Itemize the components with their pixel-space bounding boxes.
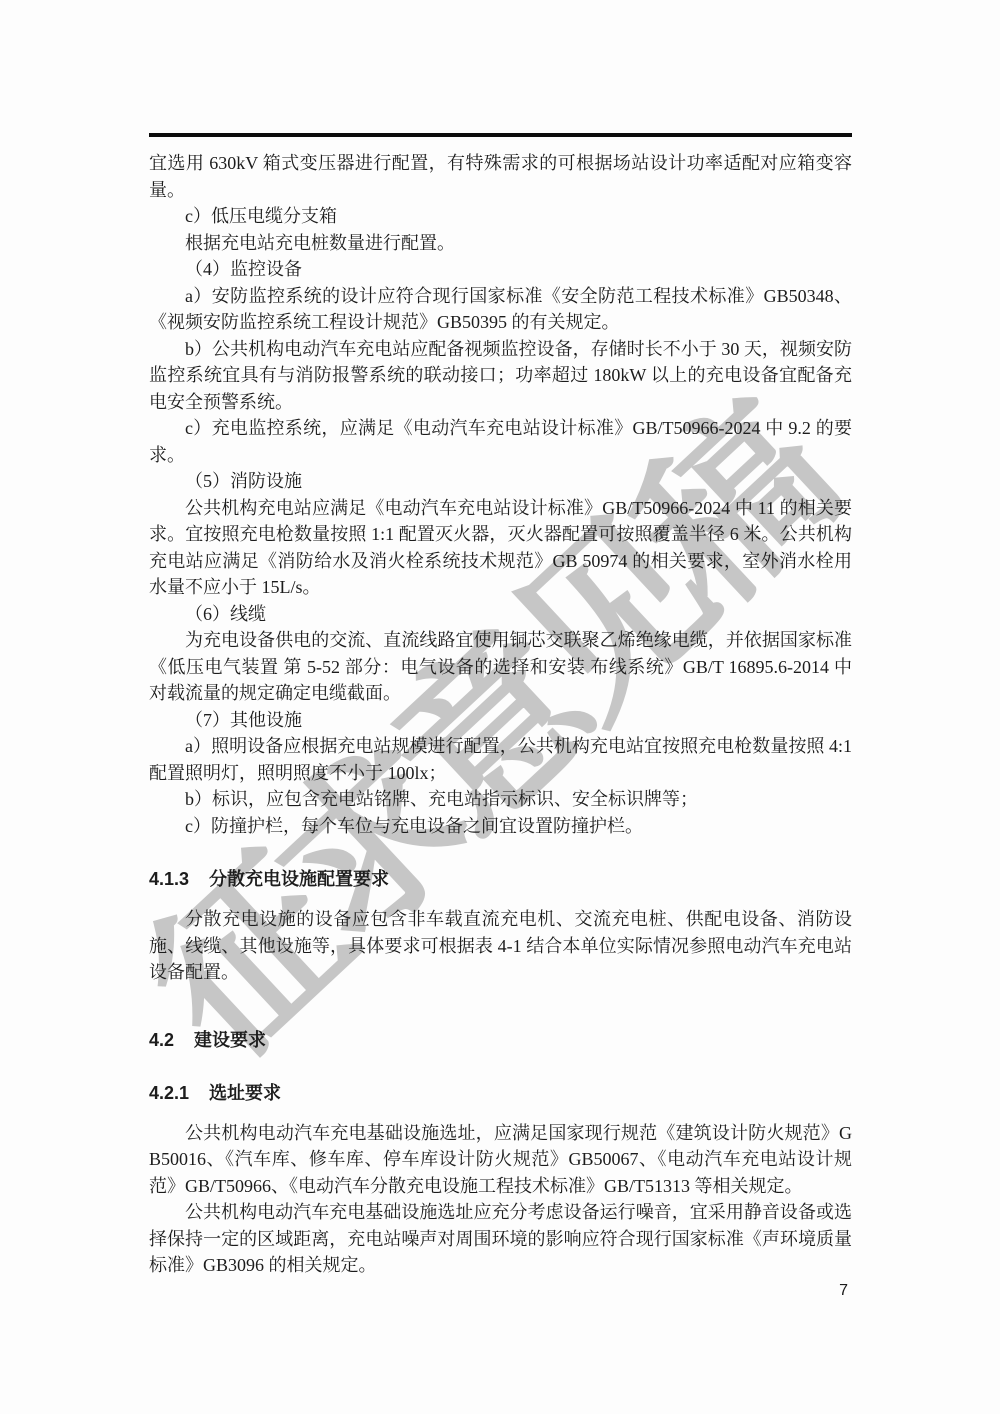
paragraph: c）充电监控系统，应满足《电动汽车充电站设计标准》GB/T50966-2024 … — [149, 415, 852, 468]
section-number: 4.2.1 — [149, 1083, 189, 1103]
paragraph: 公共机构电动汽车充电基础设施选址，应满足国家现行规范《建筑设计防火规范》GB50… — [149, 1120, 852, 1200]
paragraph: （5）消防设施 — [149, 468, 852, 495]
header-rule — [149, 133, 852, 137]
paragraph: a）安防监控系统的设计应符合现行国家标准《安全防范工程技术标准》GB50348、… — [149, 283, 852, 336]
document-page: 征求意见稿 宜选用 630kV 箱式变压器进行配置，有特殊需求的可根据场站设计功… — [0, 0, 1000, 1414]
paragraph: c）低压电缆分支箱 — [149, 203, 852, 230]
document-body: 宜选用 630kV 箱式变压器进行配置，有特殊需求的可根据场站设计功率适配对应箱… — [149, 150, 852, 1279]
paragraph: b）标识，应包含充电站铭牌、充电站指示标识、安全标识牌等； — [149, 786, 852, 813]
paragraph: b）公共机构电动汽车充电站应配备视频监控设备，存储时长不小于 30 天，视频安防… — [149, 336, 852, 416]
section-title: 分散充电设施配置要求 — [209, 869, 389, 889]
section-number: 4.2 — [149, 1030, 174, 1050]
paragraph: 公共机构电动汽车充电基础设施选址应充分考虑设备运行噪音，宜采用静音设备或选择保持… — [149, 1199, 852, 1279]
section-title: 选址要求 — [209, 1083, 281, 1103]
page-number: 7 — [839, 1282, 848, 1300]
paragraph: 为充电设备供电的交流、直流线路宜使用铜芯交联聚乙烯绝缘电缆，并依据国家标准《低压… — [149, 627, 852, 707]
paragraph: （6）线缆 — [149, 601, 852, 628]
section-number: 4.1.3 — [149, 869, 189, 889]
paragraph: （7）其他设施 — [149, 707, 852, 734]
section-heading: 4.1.3分散充电设施配置要求 — [149, 867, 852, 892]
paragraph: 根据充电站充电桩数量进行配置。 — [149, 230, 852, 257]
section-heading: 4.2.1选址要求 — [149, 1081, 852, 1106]
paragraph: a）照明设备应根据充电站规模进行配置，公共机构充电站宜按照充电枪数量按照 4:1… — [149, 733, 852, 786]
paragraph: （4）监控设备 — [149, 256, 852, 283]
paragraph: 公共机构充电站应满足《电动汽车充电站设计标准》GB/T50966-2024 中 … — [149, 495, 852, 601]
paragraph: 分散充电设施的设备应包含非车载直流充电机、交流充电桩、供配电设备、消防设施、线缆… — [149, 906, 852, 986]
section-title: 建设要求 — [194, 1030, 266, 1050]
section-heading: 4.2建设要求 — [149, 1028, 852, 1053]
paragraph: c）防撞护栏，每个车位与充电设备之间宜设置防撞护栏。 — [149, 813, 852, 840]
page-content: 宜选用 630kV 箱式变压器进行配置，有特殊需求的可根据场站设计功率适配对应箱… — [149, 133, 852, 1279]
paragraph: 宜选用 630kV 箱式变压器进行配置，有特殊需求的可根据场站设计功率适配对应箱… — [149, 150, 852, 203]
